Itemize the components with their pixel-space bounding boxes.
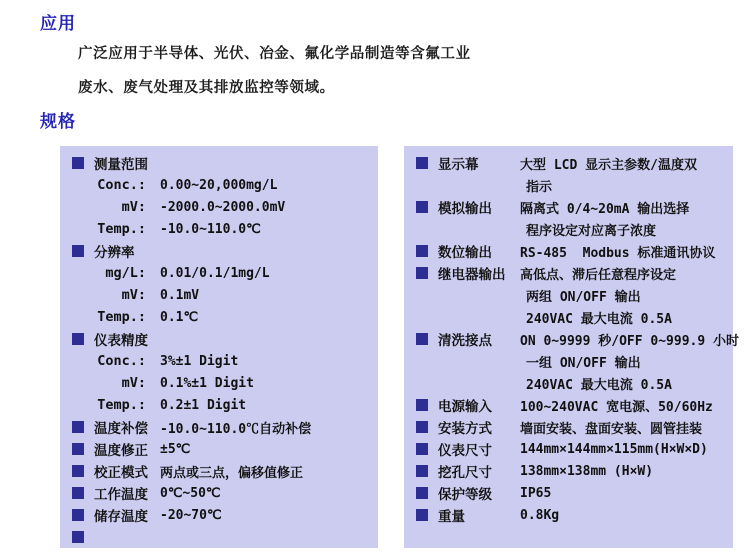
spec-row: mV:-2000.0~2000.0mV xyxy=(72,196,378,218)
bullet-square-icon xyxy=(416,487,428,499)
bullet-square-icon xyxy=(416,399,428,411)
spec-label: 数位输出 xyxy=(438,241,520,261)
spec-row: 仪表尺寸144mm×144mm×115mm(H×W×D) xyxy=(416,438,733,460)
spec-value: 两点或三点，偏移值修正 xyxy=(160,462,303,481)
specs-panel-left: 测量范围Conc.:0.00~20,000mg/LmV:-2000.0~2000… xyxy=(60,146,378,548)
bullet-square-icon xyxy=(416,201,428,213)
spec-label: 重量 xyxy=(438,505,520,525)
spec-value: 144mm×144mm×115mm(H×W×D) xyxy=(520,442,708,457)
spec-row: 两组 ON/OFF 输出 xyxy=(416,284,733,306)
spec-row: 校正模式两点或三点，偏移值修正 xyxy=(72,460,378,482)
spec-value: 程序设定对应离子浓度 xyxy=(520,220,656,239)
spec-row: 重量0.8Kg xyxy=(416,504,733,526)
spec-label: 分辨率 xyxy=(94,241,160,261)
spec-value: 墙面安装、盘面安装、圆管挂装 xyxy=(520,418,702,437)
spec-row: 分辨率 xyxy=(72,240,378,262)
spec-label: 显示幕 xyxy=(438,153,520,173)
spec-row: 安装方式墙面安装、盘面安装、圆管挂装 xyxy=(416,416,733,438)
bullet-square-icon xyxy=(72,443,84,455)
spec-row: 240VAC 最大电流 0.5A xyxy=(416,372,733,394)
spec-value: 大型 LCD 显示主参数/温度双 xyxy=(520,154,697,173)
bullet-square-icon xyxy=(416,333,428,345)
spec-label: 保护等级 xyxy=(438,483,520,503)
spec-label: 温度修正 xyxy=(94,439,160,459)
spec-row: 数位输出RS-485 Modbus 标准通讯协议 xyxy=(416,240,733,262)
spec-label: 仪表精度 xyxy=(94,329,160,349)
spec-row: 储存温度-20~70℃ xyxy=(72,504,378,526)
spec-row: 240VAC 最大电流 0.5A xyxy=(416,306,733,328)
bullet-square-icon xyxy=(416,245,428,257)
spec-label: 继电器输出 xyxy=(438,263,520,283)
spec-label: 挖孔尺寸 xyxy=(438,461,520,481)
spec-label: 安装方式 xyxy=(438,417,520,437)
spec-label: 仪表尺寸 xyxy=(438,439,520,459)
spec-row xyxy=(72,526,378,548)
spec-row: Temp.:0.1℃ xyxy=(72,306,378,328)
bullet-square-icon xyxy=(72,509,84,521)
spec-label: Temp.: xyxy=(94,309,146,325)
spec-label: 工作温度 xyxy=(94,483,160,503)
application-section-title: 应用 xyxy=(40,9,76,34)
spec-row: 一组 ON/OFF 输出 xyxy=(416,350,733,372)
spec-row: mg/L:0.01/0.1/1mg/L xyxy=(72,262,378,284)
spec-value: -10.0~110.0℃ xyxy=(160,222,261,237)
spec-value: 高低点、滞后任意程序设定 xyxy=(520,264,676,283)
spec-label: 模拟输出 xyxy=(438,197,520,217)
bullet-square-icon xyxy=(72,465,84,477)
spec-label: 电源输入 xyxy=(438,395,520,415)
spec-value: 一组 ON/OFF 输出 xyxy=(520,352,641,371)
spec-value: 0.1%±1 Digit xyxy=(160,376,254,391)
spec-value: -10.0~110.0℃自动补偿 xyxy=(160,418,311,437)
spec-label: mV: xyxy=(94,375,146,391)
spec-label: 测量范围 xyxy=(94,153,160,173)
specs-panel-right: 显示幕大型 LCD 显示主参数/温度双指示模拟输出隔离式 0/4~20mA 输出… xyxy=(404,146,733,548)
spec-value: 0.2±1 Digit xyxy=(160,398,246,413)
spec-value: 指示 xyxy=(520,176,552,195)
spec-row: 电源输入100~240VAC 宽电源、50/60Hz xyxy=(416,394,733,416)
spec-value: 240VAC 最大电流 0.5A xyxy=(520,308,672,327)
spec-value: 3%±1 Digit xyxy=(160,354,238,369)
bullet-square-icon xyxy=(416,509,428,521)
spec-label: Conc.: xyxy=(94,353,146,369)
spec-value: 0.1mV xyxy=(160,288,199,303)
spec-label: 温度补偿 xyxy=(94,417,160,437)
spec-value: RS-485 Modbus 标准通讯协议 xyxy=(520,242,715,261)
spec-row: 温度修正±5℃ xyxy=(72,438,378,460)
spec-value: 240VAC 最大电流 0.5A xyxy=(520,374,672,393)
spec-row: 清洗接点ON 0~9999 秒/OFF 0~999.9 小时 xyxy=(416,328,733,350)
spec-label: mV: xyxy=(94,199,146,215)
bullet-square-icon xyxy=(416,421,428,433)
spec-value: 0.00~20,000mg/L xyxy=(160,178,277,193)
spec-row: mV:0.1mV xyxy=(72,284,378,306)
spec-row: 模拟输出隔离式 0/4~20mA 输出选择 xyxy=(416,196,733,218)
spec-row: 工作温度0℃~50℃ xyxy=(72,482,378,504)
spec-value: 0℃~50℃ xyxy=(160,486,221,501)
application-text-line: 废水、废气处理及其排放监控等领域。 xyxy=(78,76,335,97)
bullet-square-icon xyxy=(416,465,428,477)
bullet-square-icon xyxy=(416,443,428,455)
spec-row: 仪表精度 xyxy=(72,328,378,350)
spec-value: 0.8Kg xyxy=(520,508,559,523)
spec-row: Conc.:3%±1 Digit xyxy=(72,350,378,372)
bullet-square-icon xyxy=(72,245,84,257)
spec-value: 两组 ON/OFF 输出 xyxy=(520,286,641,305)
spec-row: Temp.:0.2±1 Digit xyxy=(72,394,378,416)
bullet-square-icon xyxy=(416,157,428,169)
spec-value: ON 0~9999 秒/OFF 0~999.9 小时 xyxy=(520,330,739,349)
spec-row: 显示幕大型 LCD 显示主参数/温度双 xyxy=(416,152,733,174)
bullet-square-icon xyxy=(72,487,84,499)
spec-row: 指示 xyxy=(416,174,733,196)
spec-row: 继电器输出高低点、滞后任意程序设定 xyxy=(416,262,733,284)
spec-section-title: 规格 xyxy=(40,107,76,132)
spec-value: 138mm×138mm (H×W) xyxy=(520,464,653,479)
spec-value: 隔离式 0/4~20mA 输出选择 xyxy=(520,198,689,217)
spec-label: 校正模式 xyxy=(94,461,160,481)
spec-row: 测量范围 xyxy=(72,152,378,174)
spec-row: 保护等级IP65 xyxy=(416,482,733,504)
spec-label: Conc.: xyxy=(94,177,146,193)
spec-value: 0.01/0.1/1mg/L xyxy=(160,266,270,281)
spec-label: mg/L: xyxy=(94,265,146,281)
spec-value: IP65 xyxy=(520,486,551,501)
spec-label: Temp.: xyxy=(94,221,146,237)
bullet-square-icon xyxy=(72,531,84,543)
spec-row: Temp.:-10.0~110.0℃ xyxy=(72,218,378,240)
spec-label: Temp.: xyxy=(94,397,146,413)
spec-label: mV: xyxy=(94,287,146,303)
bullet-square-icon xyxy=(72,421,84,433)
bullet-square-icon xyxy=(72,333,84,345)
spec-label: 清洗接点 xyxy=(438,329,520,349)
spec-value: ±5℃ xyxy=(160,442,190,457)
spec-row: Conc.:0.00~20,000mg/L xyxy=(72,174,378,196)
spec-row: mV:0.1%±1 Digit xyxy=(72,372,378,394)
bullet-square-icon xyxy=(416,267,428,279)
spec-value: -20~70℃ xyxy=(160,508,222,523)
bullet-square-icon xyxy=(72,157,84,169)
spec-row: 温度补偿-10.0~110.0℃自动补偿 xyxy=(72,416,378,438)
spec-value: -2000.0~2000.0mV xyxy=(160,200,285,215)
spec-row: 挖孔尺寸138mm×138mm (H×W) xyxy=(416,460,733,482)
spec-value: 100~240VAC 宽电源、50/60Hz xyxy=(520,396,713,415)
spec-label: 储存温度 xyxy=(94,505,160,525)
application-text-line: 广泛应用于半导体、光伏、冶金、氟化学品制造等含氟工业 xyxy=(78,42,471,63)
spec-row: 程序设定对应离子浓度 xyxy=(416,218,733,240)
spec-value: 0.1℃ xyxy=(160,310,198,325)
